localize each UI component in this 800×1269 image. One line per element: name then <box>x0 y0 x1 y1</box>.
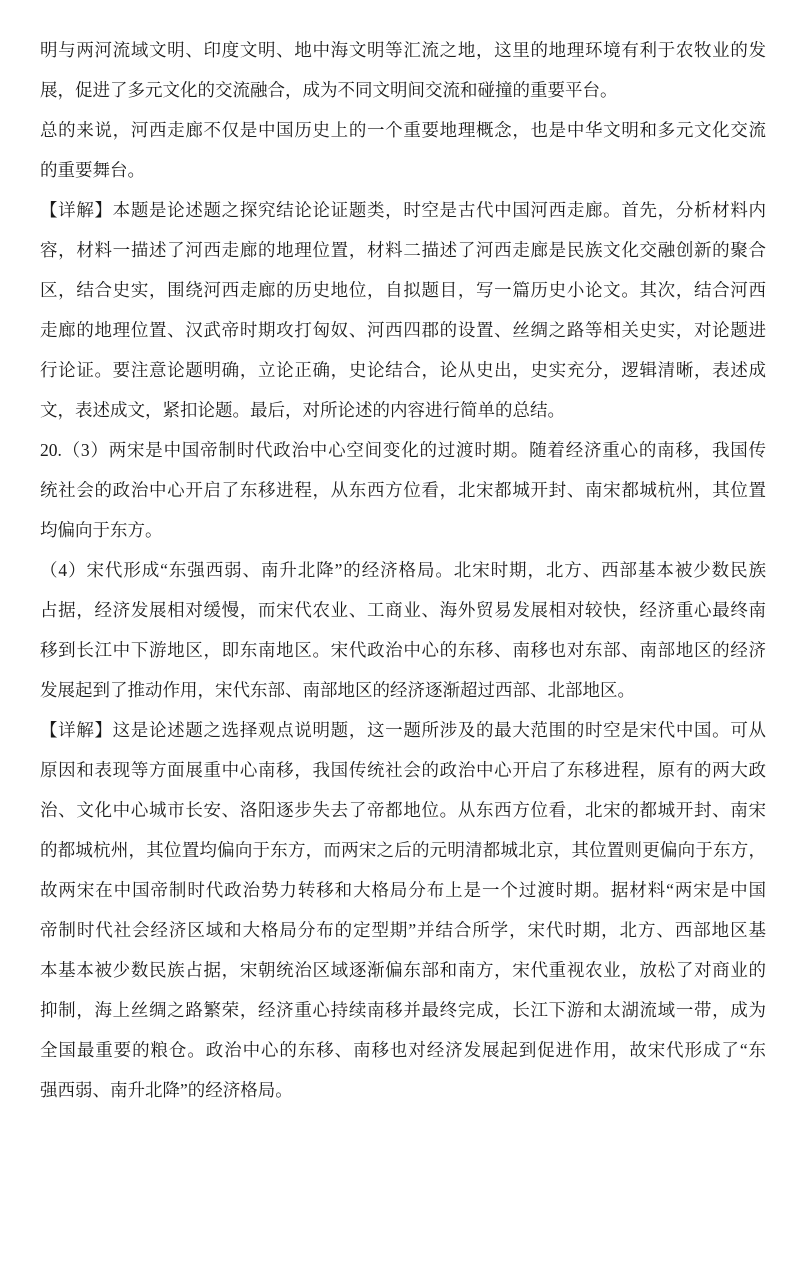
text-line: 占据，经济发展相对缓慢，而宋代农业、工商业、海外贸易发展相对较快，经济重心最终南 <box>40 590 766 630</box>
text-line: 移到长江中下游地区，即东南地区。宋代政治中心的东移、南移也对东部、南部地区的经济 <box>40 630 766 670</box>
text-line: 原因和表现等方面展重中心南移，我国传统社会的政治中心开启了东移进程，原有的两大政 <box>40 750 766 790</box>
text-line: 故两宋在中国帝制时代政治势力转移和大格局分布上是一个过渡时期。据材料“两宋是中国 <box>40 870 766 910</box>
text-line: 【详解】本题是论述题之探究结论论证题类，时空是古代中国河西走廊。首先，分析材料内 <box>40 190 766 230</box>
text-line: 统社会的政治中心开启了东移进程，从东西方位看，北宋都城开封、南宋都城杭州，其位置 <box>40 470 766 510</box>
text-line: 的重要舞台。 <box>40 150 766 190</box>
text-line: 【详解】这是论述题之选择观点说明题，这一题所涉及的最大范围的时空是宋代中国。可从 <box>40 710 766 750</box>
paragraph-question-20-explanation: 【详解】这是论述题之选择观点说明题，这一题所涉及的最大范围的时空是宋代中国。可从… <box>40 710 766 1110</box>
text-line: 走廊的地理位置、汉武帝时期攻打匈奴、河西四郡的设置、丝绸之路等相关史实，对论题进 <box>40 310 766 350</box>
text-line: 明与两河流域文明、印度文明、地中海文明等汇流之地，这里的地理环境有利于农牧业的发 <box>40 30 766 70</box>
text-line: 治、文化中心城市长安、洛阳逐步失去了帝都地位。从东西方位看，北宋的都城开封、南宋 <box>40 790 766 830</box>
paragraph-hexi-corridor-continuation: 明与两河流域文明、印度文明、地中海文明等汇流之地，这里的地理环境有利于农牧业的发… <box>40 30 766 110</box>
paragraph-hexi-corridor-summary: 总的来说，河西走廊不仅是中国历史上的一个重要地理概念，也是中华文明和多元文化交流… <box>40 110 766 190</box>
text-line: （4）宋代形成“东强西弱、南升北降”的经济格局。北宋时期，北方、西部基本被少数民… <box>40 550 766 590</box>
text-line: 帝制时代社会经济区域和大格局分布的定型期”并结合所学，宋代时期，北方、西部地区基 <box>40 910 766 950</box>
text-line: 强西弱、南升北降”的经济格局。 <box>40 1070 766 1110</box>
text-line: 20.（3）两宋是中国帝制时代政治中心空间变化的过渡时期。随着经济重心的南移，我… <box>40 430 766 470</box>
text-line: 展，促进了多元文化的交流融合，成为不同文明间交流和碰撞的重要平台。 <box>40 70 766 110</box>
text-line: 全国最重要的粮仓。政治中心的东移、南移也对经济发展起到促进作用，故宋代形成了“东 <box>40 1030 766 1070</box>
text-line: 抑制，海上丝绸之路繁荣，经济重心持续南移并最终完成，长江下游和太湖流域一带，成为 <box>40 990 766 1030</box>
paragraph-hexi-corridor-explanation: 【详解】本题是论述题之探究结论论证题类，时空是古代中国河西走廊。首先，分析材料内… <box>40 190 766 430</box>
text-line: 本基本被少数民族占据，宋朝统治区域逐渐偏东部和南方，宋代重视农业，放松了对商业的 <box>40 950 766 990</box>
text-line: 发展起到了推动作用，宋代东部、南部地区的经济逐渐超过西部、北部地区。 <box>40 670 766 710</box>
text-line: 容，材料一描述了河西走廊的地理位置，材料二描述了河西走廊是民族文化交融创新的聚合 <box>40 230 766 270</box>
text-line: 文，表述成文，紧扣论题。最后，对所论述的内容进行简单的总结。 <box>40 390 766 430</box>
paragraph-question-20-part-3: 20.（3）两宋是中国帝制时代政治中心空间变化的过渡时期。随着经济重心的南移，我… <box>40 430 766 550</box>
document-page: 明与两河流域文明、印度文明、地中海文明等汇流之地，这里的地理环境有利于农牧业的发… <box>0 0 800 1269</box>
text-line: 行论证。要注意论题明确，立论正确，史论结合，论从史出，史实充分，逻辑清晰，表述成 <box>40 350 766 390</box>
paragraph-question-20-part-4: （4）宋代形成“东强西弱、南升北降”的经济格局。北宋时期，北方、西部基本被少数民… <box>40 550 766 710</box>
document-body: 明与两河流域文明、印度文明、地中海文明等汇流之地，这里的地理环境有利于农牧业的发… <box>40 30 766 1110</box>
text-line: 区，结合史实，围绕河西走廊的历史地位，自拟题目，写一篇历史小论文。其次，结合河西 <box>40 270 766 310</box>
text-line: 总的来说，河西走廊不仅是中国历史上的一个重要地理概念，也是中华文明和多元文化交流 <box>40 110 766 150</box>
text-line: 的都城杭州，其位置均偏向于东方，而两宋之后的元明清都城北京，其位置则更偏向于东方… <box>40 830 766 870</box>
text-line: 均偏向于东方。 <box>40 510 766 550</box>
